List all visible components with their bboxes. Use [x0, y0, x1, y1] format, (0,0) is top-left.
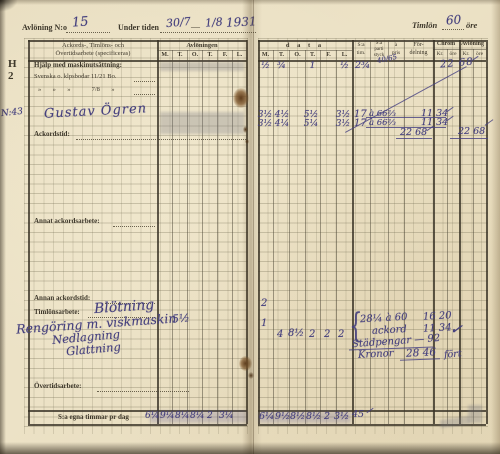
entry-day-value: 3½: [335, 119, 351, 129]
right-day-col-line: [289, 50, 290, 424]
calc-total-suffix: fört: [444, 348, 462, 360]
right-avloning-col-line: [459, 40, 461, 424]
period-from: 30/7: [165, 15, 191, 30]
left-page-grid: [24, 38, 248, 434]
right-bottom-hours: 2: [324, 411, 330, 422]
amount-underline: [366, 117, 446, 118]
photo-edge: [0, 0, 500, 5]
left-bottom-hours: 2: [207, 411, 213, 421]
timlon-label: Timlön: [412, 20, 437, 30]
timlon-unit: öre: [466, 20, 477, 30]
row-overtidsarbete: Övertidsarbete:: [34, 382, 81, 390]
dotted-leader: [134, 80, 155, 82]
entry-day-value: 4: [277, 329, 283, 340]
left-bottom-hours: 9¼: [160, 411, 174, 421]
left-avloningen-label: Avlöningen: [157, 42, 247, 49]
dotted-leader: [113, 225, 155, 227]
right-satim-col-line: [352, 40, 354, 424]
col-sa-parti: S:a: [370, 41, 388, 46]
pencil-smudge: [160, 62, 244, 71]
left-day-col-line: [202, 50, 203, 424]
row-svenska-klpsbodar: Svenska o. klpsbodar 11/21 Bo.: [34, 73, 116, 80]
dotted-leader: [76, 138, 246, 140]
right-day-col-line: [305, 50, 306, 424]
right-bottom-hours: 9½: [275, 411, 290, 422]
dotted-leader: [97, 390, 189, 392]
col-fordelning: För-: [404, 42, 433, 48]
entry-day-value: 8½: [288, 328, 304, 339]
calc-hours-amount: 16 20: [423, 310, 452, 322]
day-header: T.: [203, 52, 217, 58]
entry-subtotal: 22 68: [400, 127, 427, 138]
data-label: d a t a: [258, 42, 352, 49]
right-bottom-hours: 8½: [290, 411, 305, 422]
right-table-right-border: [486, 40, 488, 424]
entry-total: 22 68: [458, 126, 485, 137]
subtotal-underline: [396, 138, 432, 139]
left-bottom-hours: 8¼: [175, 411, 189, 421]
day-header: T.: [274, 52, 289, 58]
right-page-grid: [258, 38, 488, 434]
col-sa-tim: tim.: [352, 50, 370, 56]
right-col-line: [370, 40, 371, 424]
left-day-col-line: [232, 50, 233, 424]
left-day-col-line: [187, 50, 188, 424]
entry-day-value: ¾: [274, 61, 289, 71]
entry-day-value: 2: [309, 329, 315, 340]
day-header: F.: [321, 52, 336, 58]
hw-rengoring-hours: 5½: [172, 311, 191, 325]
avloning-label: Avlöning N:o: [22, 23, 67, 32]
entry-day-value: 2: [324, 329, 330, 340]
row-ditto: » » » 7/8 »: [38, 86, 115, 93]
day-header: T.: [305, 52, 320, 58]
row-ackordstid: Ackordstid:: [34, 130, 70, 138]
dotted-leader: [134, 93, 155, 95]
photo-corner-shadow: [0, 0, 18, 12]
avloning-number: 15: [71, 14, 89, 30]
day-header: O.: [188, 52, 202, 58]
col-ore: öre: [473, 51, 486, 57]
right-col-line: [404, 40, 405, 424]
entry-sum-hours: 17: [354, 118, 367, 129]
left-desc-header-line2: Övertidsarbete (specificeras): [30, 50, 156, 57]
margin-code-h: H: [8, 58, 17, 70]
right-chrom-col-line: [433, 40, 435, 424]
left-day-col-line: [217, 50, 218, 424]
col-a-pris: à: [388, 42, 404, 48]
entry-day-value: 1: [305, 61, 320, 71]
right-bottom-hours: 3½: [334, 411, 349, 422]
right-col-line: [447, 49, 448, 424]
left-desc-day-divider: [157, 40, 159, 424]
right-bottom-hours: 8½: [306, 411, 321, 422]
col-sa-tim: S:a: [352, 42, 370, 48]
day-header: L.: [337, 52, 352, 58]
col-fordelning: delning: [404, 50, 433, 56]
timlon-value: 60: [446, 12, 462, 27]
row-hjalp-maskinutsattning: Hjälp med maskinutsättning:: [34, 61, 122, 69]
right-day-col-line: [336, 50, 337, 424]
right-col-line: [388, 40, 389, 424]
binding-gutter: [242, 0, 262, 454]
day-header: F.: [218, 52, 232, 58]
period-to: 1/8: [204, 15, 223, 29]
left-table-bottom-border: [28, 424, 247, 426]
entry-day-value: 2: [338, 329, 344, 340]
right-col-line: [473, 49, 474, 424]
photo-edge: [0, 0, 6, 454]
entry-day-value: 4¼: [274, 119, 290, 129]
row-annat-ackordsarbete: Annat ackordsarbete:: [34, 217, 100, 225]
col-sa-parti: parti: [370, 47, 388, 52]
dotted-leader: [66, 31, 110, 33]
day-header: T.: [173, 52, 187, 58]
pencil-scribble: [468, 405, 482, 423]
checkmark-icon: ✓: [449, 319, 464, 339]
left-table-left-border: [28, 40, 30, 424]
entry-day-value: ½: [337, 61, 352, 71]
photo-edge: [0, 442, 500, 454]
right-day-col-line: [320, 50, 321, 424]
binding-crease: [253, 0, 254, 454]
margin-code-2: 2: [8, 70, 14, 82]
row-annan-ackordstid: Annan ackordstid:: [34, 294, 90, 302]
left-bottom-hours: 6¼: [145, 411, 159, 421]
left-desc-header-line1: Ackords-, Timlöns- och: [30, 42, 156, 49]
col-chrom: Chrom: [433, 41, 459, 47]
day-header: M.: [158, 52, 172, 58]
right-day-col-line: [273, 50, 274, 424]
col-ore: öre: [447, 51, 459, 57]
ledger-photo: Avlöning N:o 15 Under tiden 30/7 — 1/8 1…: [0, 0, 500, 454]
dotted-leader: [442, 28, 464, 30]
day-header: O.: [290, 52, 305, 58]
row-sa-egna-timmar: S:a egna timmar pr dag: [58, 413, 129, 421]
under-tiden-label: Under tiden: [118, 23, 159, 32]
left-day-col-line: [172, 50, 173, 424]
col-avloning: Avlöning: [459, 41, 486, 47]
pencil-smudge: [160, 112, 244, 134]
left-bottom-hours: 3¼: [219, 411, 233, 421]
photo-edge: [491, 0, 500, 454]
right-bottom-total: 45: [352, 409, 364, 420]
col-kr: Kr.: [433, 51, 447, 57]
row-timlonsarbete: Timlönsarbete:: [34, 308, 80, 316]
entry-sum-hours: 2¾: [355, 60, 370, 71]
entry-day-value: 5¼: [303, 119, 319, 129]
left-bottom-hours: 8¼: [190, 411, 204, 421]
calc-total-label: Kronor: [358, 348, 394, 361]
total-underline: [450, 138, 488, 139]
